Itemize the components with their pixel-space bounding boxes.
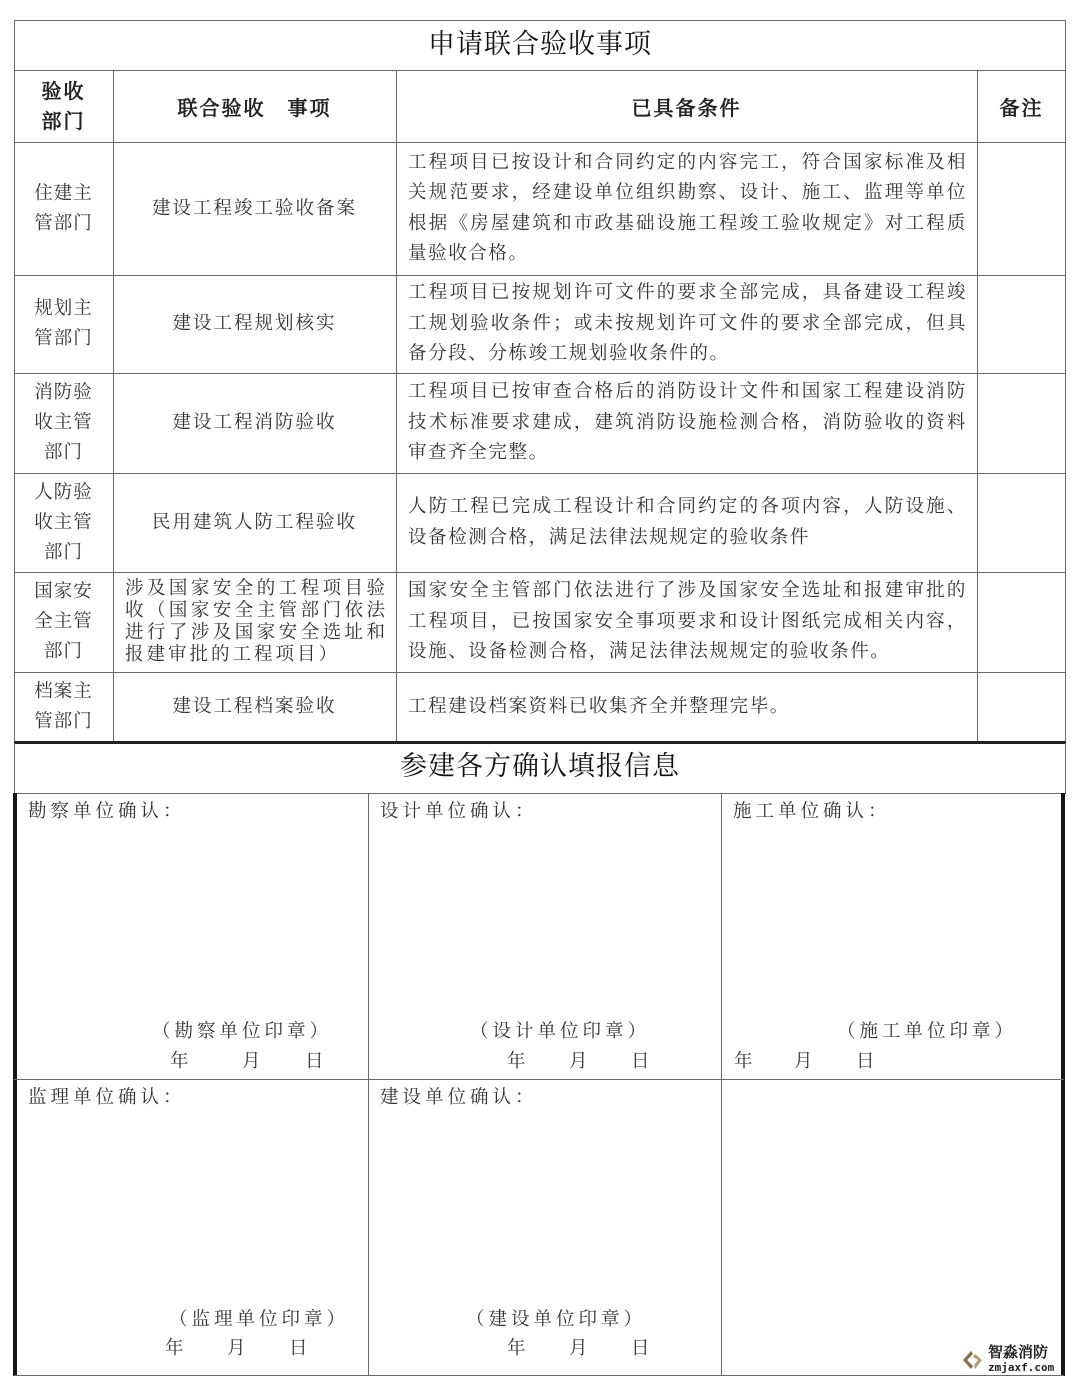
dept-cell: 住建主管部门 bbox=[14, 142, 113, 275]
day-label: 日 bbox=[305, 1047, 324, 1073]
item-cell: 涉及国家安全的工程项目验收（国家安全主管部门依法进行了涉及国家安全选址和报建审批… bbox=[113, 572, 396, 672]
remarks-cell[interactable] bbox=[977, 672, 1066, 742]
month-label: 月 bbox=[227, 1334, 289, 1360]
remarks-cell[interactable] bbox=[977, 142, 1066, 275]
stamp-label: （施工单位印章） bbox=[837, 1017, 1017, 1043]
item-cell: 建设工程消防验收 bbox=[113, 373, 396, 473]
watermark-name: 智淼消防 bbox=[988, 1345, 1054, 1360]
cell-label: 监理单位确认： bbox=[28, 1083, 186, 1109]
remarks-cell[interactable] bbox=[977, 373, 1066, 473]
conditions-cell: 工程项目已按规划许可文件的要求全部完成，具备建设工程竣工规划验收条件；或未按规划… bbox=[396, 275, 977, 373]
day-label: 日 bbox=[631, 1334, 650, 1360]
year-label: 年 bbox=[507, 1047, 569, 1073]
year-label: 年 bbox=[734, 1047, 794, 1073]
conditions-cell: 人防工程已完成工程设计和合同约定的各项内容，人防设施、设备检测合格，满足法律法规… bbox=[396, 473, 977, 572]
conditions-cell: 工程项目已按设计和合同约定的内容完工，符合国家标准及相关规范要求，经建设单位组织… bbox=[396, 142, 977, 275]
developer-unit-confirmation-cell[interactable]: 建设单位确认： （建设单位印章） 年 月 日 bbox=[369, 1079, 721, 1375]
year-label: 年 bbox=[507, 1334, 569, 1360]
month-label: 月 bbox=[569, 1334, 631, 1360]
watermark-logo-icon bbox=[962, 1349, 984, 1371]
dept-cell: 规划主管部门 bbox=[14, 275, 113, 373]
month-label: 月 bbox=[569, 1047, 631, 1073]
cell-label: 建设单位确认： bbox=[380, 1083, 538, 1109]
item-cell: 建设工程档案验收 bbox=[113, 672, 396, 742]
day-label: 日 bbox=[856, 1047, 875, 1073]
supervision-unit-confirmation-cell[interactable]: 监理单位确认： （监理单位印章） 年 月 日 bbox=[17, 1079, 368, 1375]
dept-cell: 国家安全主管部门 bbox=[14, 572, 113, 672]
construction-unit-confirmation-cell[interactable]: 施工单位确认： （施工单位印章） 年 月 日 bbox=[722, 793, 1061, 1079]
header-item: 联合验收 事项 bbox=[113, 70, 396, 142]
stamp-label: （设计单位印章） bbox=[470, 1017, 650, 1043]
dept-cell: 消防验收主管部门 bbox=[14, 373, 113, 473]
remarks-cell[interactable] bbox=[977, 572, 1066, 672]
date-fields: 年 月 日 bbox=[507, 1334, 650, 1360]
year-label: 年 bbox=[170, 1047, 242, 1073]
conditions-cell: 工程建设档案资料已收集齐全并整理完毕。 bbox=[396, 672, 977, 742]
header-dept: 验收 部门 bbox=[14, 70, 113, 142]
stamp-label: （监理单位印章） bbox=[169, 1305, 349, 1331]
section-title-party-confirmation: 参建各方确认填报信息 bbox=[14, 743, 1066, 793]
item-cell: 民用建筑人防工程验收 bbox=[113, 473, 396, 572]
month-label: 月 bbox=[794, 1047, 856, 1073]
grid-border-right bbox=[1061, 793, 1065, 1376]
header-remarks: 备注 bbox=[977, 70, 1066, 142]
month-label: 月 bbox=[242, 1047, 305, 1073]
grid-border-bottom bbox=[14, 1375, 1064, 1376]
empty-cell bbox=[722, 1079, 1061, 1375]
remarks-cell[interactable] bbox=[977, 275, 1066, 373]
dept-cell: 人防验收主管部门 bbox=[14, 473, 113, 572]
stamp-label: （勘察单位印章） bbox=[152, 1017, 332, 1043]
design-unit-confirmation-cell[interactable]: 设计单位确认： （设计单位印章） 年 月 日 bbox=[369, 793, 721, 1079]
year-label: 年 bbox=[165, 1334, 227, 1360]
date-fields: 年 月 日 bbox=[170, 1047, 324, 1073]
watermark-domain: zmjaxf.com bbox=[988, 1360, 1054, 1375]
item-cell: 建设工程竣工验收备案 bbox=[113, 142, 396, 275]
date-fields: 年 月 日 bbox=[165, 1334, 308, 1360]
conditions-cell: 工程项目已按审查合格后的消防设计文件和国家工程建设消防技术标准要求建成，建筑消防… bbox=[396, 373, 977, 473]
watermark: 智淼消防 zmjaxf.com bbox=[962, 1345, 1054, 1375]
cell-label: 勘察单位确认： bbox=[28, 797, 186, 823]
remarks-cell[interactable] bbox=[977, 473, 1066, 572]
section-title-joint-acceptance: 申请联合验收事项 bbox=[14, 20, 1066, 70]
day-label: 日 bbox=[631, 1047, 650, 1073]
date-fields: 年 月 日 bbox=[734, 1047, 875, 1073]
dept-cell: 档案主管部门 bbox=[14, 672, 113, 742]
cell-label: 设计单位确认： bbox=[380, 797, 538, 823]
cell-label: 施工单位确认： bbox=[733, 797, 891, 823]
survey-unit-confirmation-cell[interactable]: 勘察单位确认： （勘察单位印章） 年 月 日 bbox=[17, 793, 368, 1079]
date-fields: 年 月 日 bbox=[507, 1047, 650, 1073]
stamp-label: （建设单位印章） bbox=[466, 1305, 646, 1331]
header-conditions: 已具备条件 bbox=[396, 70, 977, 142]
day-label: 日 bbox=[289, 1334, 308, 1360]
conditions-cell: 国家安全主管部门依法进行了涉及国家安全选址和报建审批的工程项目，已按国家安全事项… bbox=[396, 572, 977, 672]
item-cell: 建设工程规划核实 bbox=[113, 275, 396, 373]
